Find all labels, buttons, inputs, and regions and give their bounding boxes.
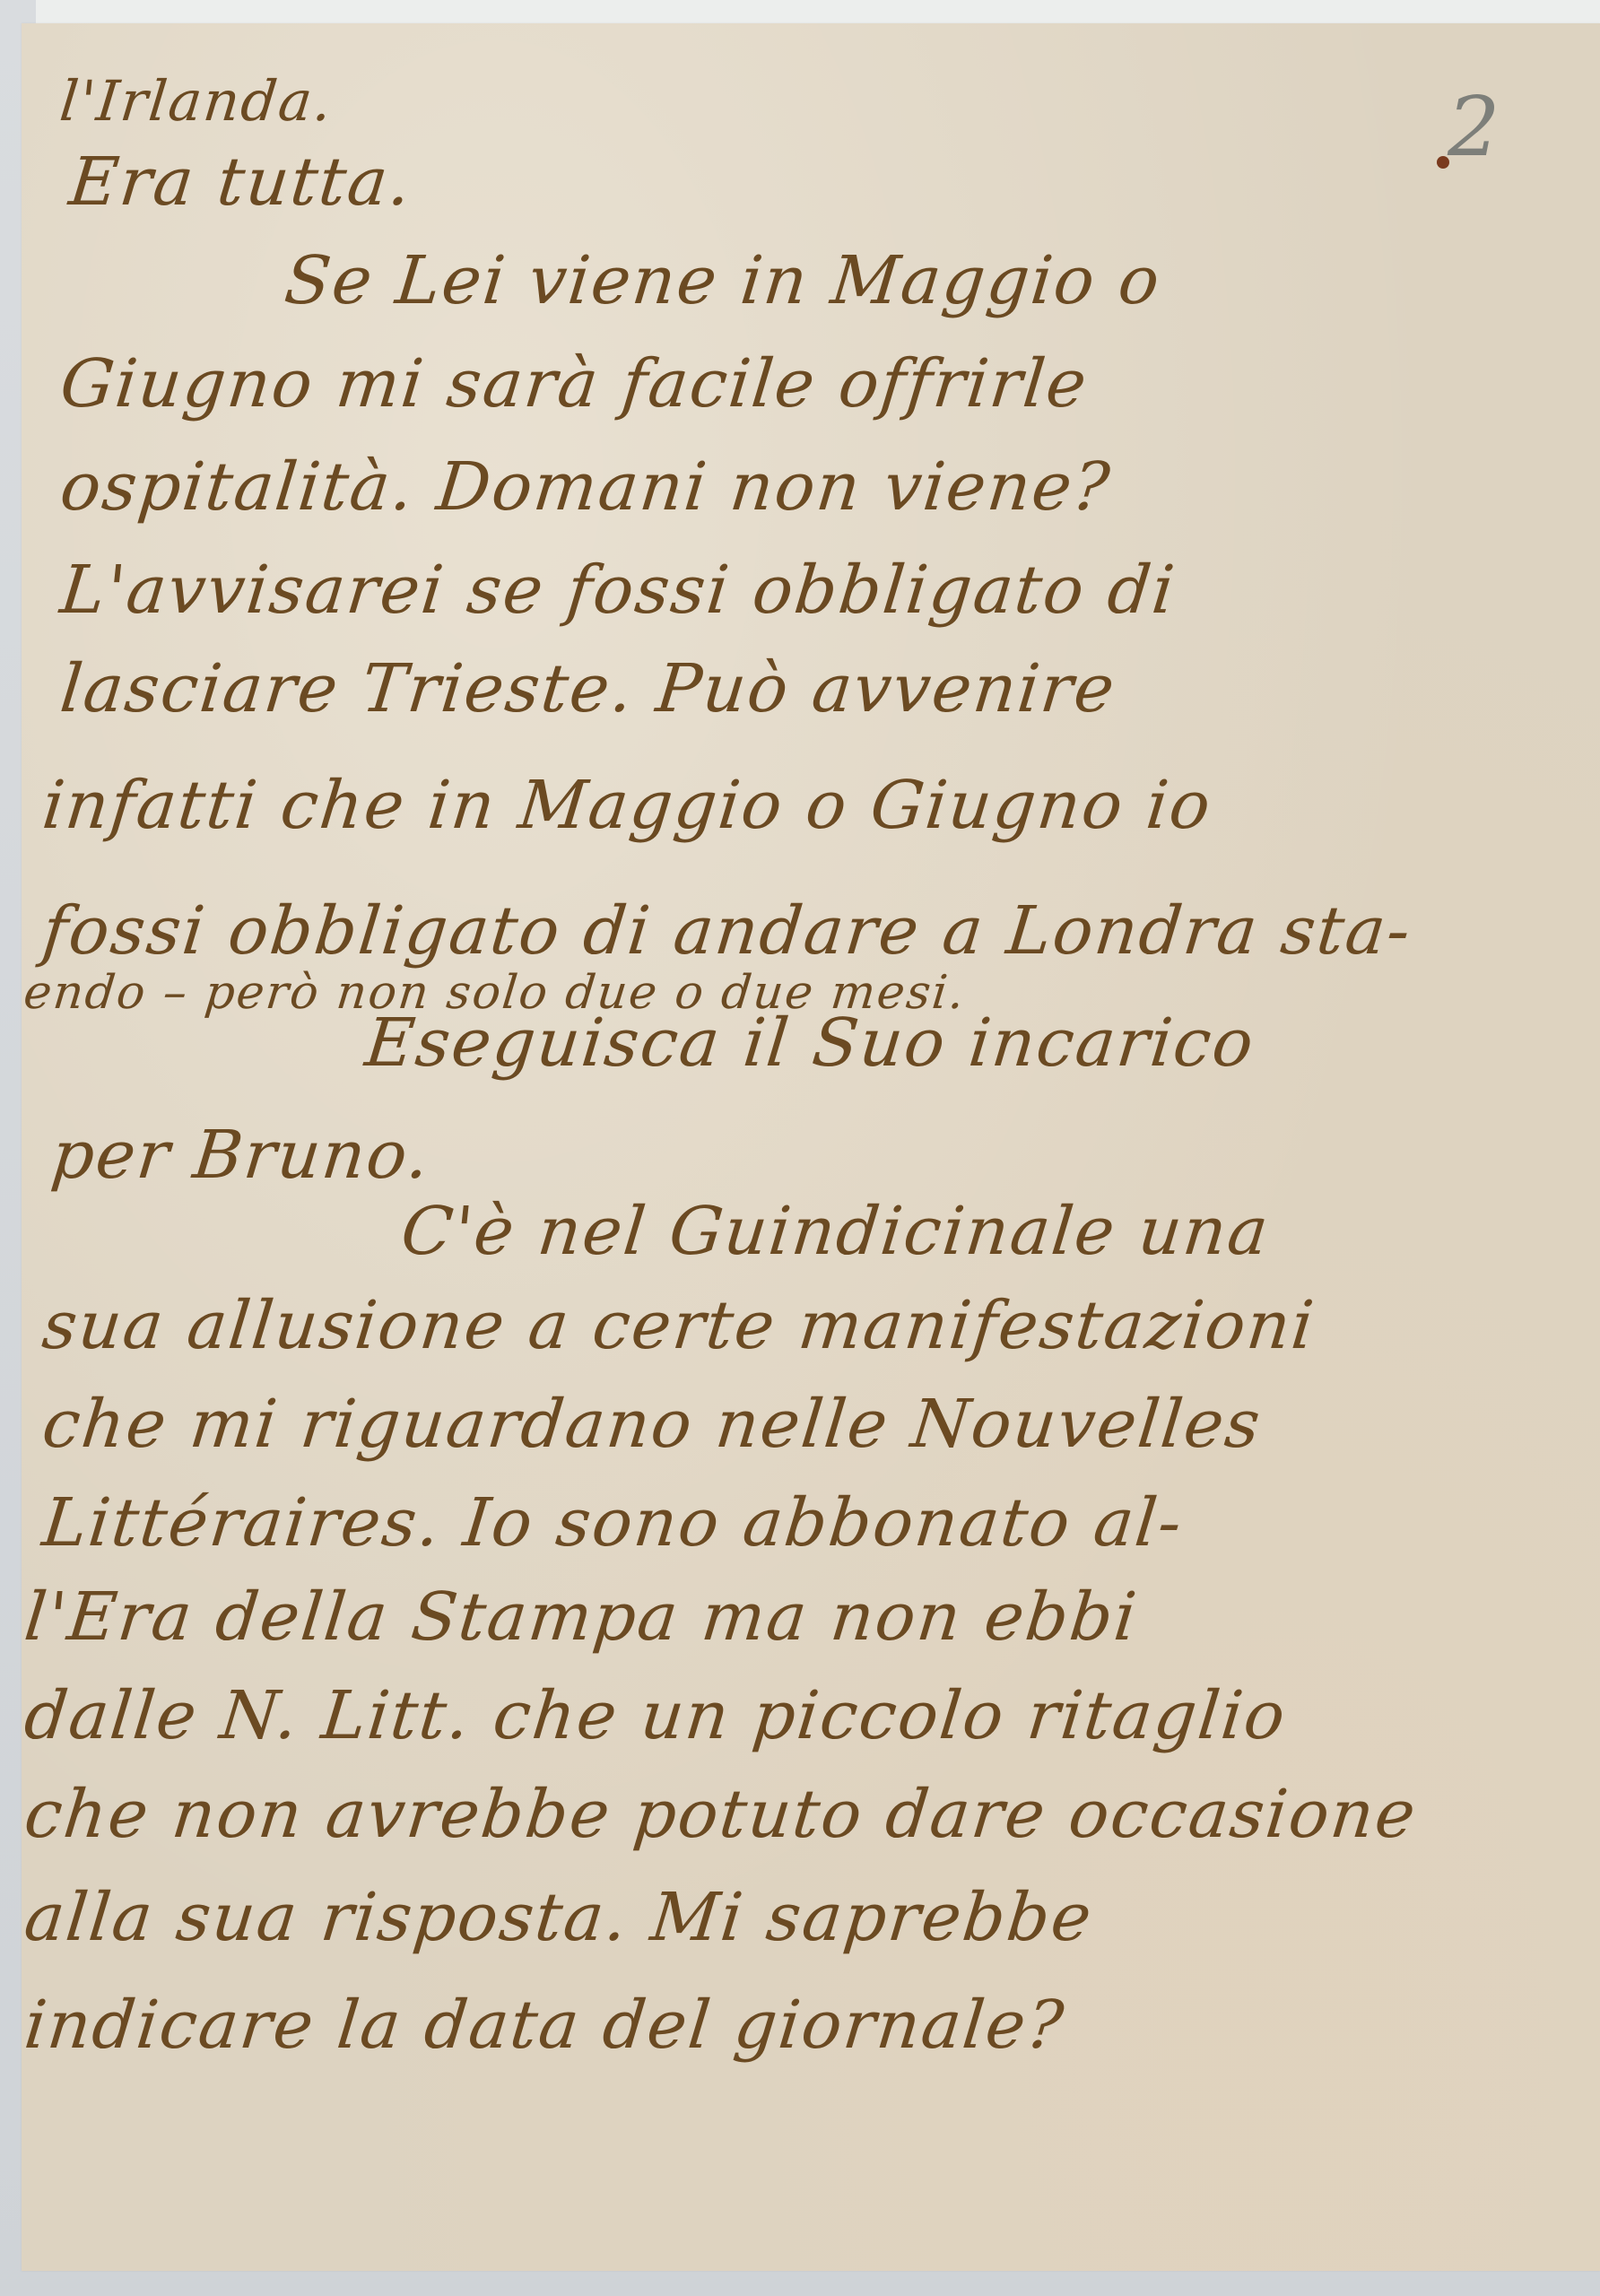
handwritten-line: sua allusione a certe manifestazioni <box>39 1292 1318 1359</box>
handwritten-line: lasciare Trieste. Può avvenire <box>57 656 1119 722</box>
handwritten-line: Era tutta. <box>66 149 415 215</box>
handwritten-line: l'Era della Stampa ma non ebbi <box>22 1584 1141 1650</box>
handwritten-line: ospitalità. Domani non viene? <box>57 454 1114 520</box>
page-number: 2 <box>1448 86 1500 169</box>
handwritten-line: per Bruno. <box>48 1122 434 1188</box>
handwritten-line: che non avrebbe potuto dare occasione <box>22 1781 1420 1848</box>
handwritten-line: che mi riguardano nelle Nouvelles <box>39 1391 1265 1457</box>
handwritten-line: C'è nel Guindicinale una <box>398 1198 1273 1265</box>
handwritten-line: indicare la data del giornale? <box>22 1992 1068 2058</box>
handwritten-line: Littéraires. Io sono abbonato al- <box>39 1490 1187 1556</box>
mat-border <box>36 0 1600 23</box>
handwritten-line: Se Lei viene in Maggio o <box>282 248 1164 314</box>
handwritten-line: L'avvisarei se fossi obbligato di <box>57 557 1178 623</box>
handwritten-line: l'Irlanda. <box>57 74 336 129</box>
handwritten-line: Eseguisca il Suo incarico <box>362 1010 1258 1076</box>
handwritten-line: alla sua risposta. Mi saprebbe <box>22 1884 1096 1951</box>
handwritten-line: dalle N. Litt. che un piccolo ritaglio <box>22 1683 1290 1749</box>
handwritten-line: infatti che in Maggio o Giugno io <box>39 772 1215 839</box>
handwritten-line: Giugno mi sarà facile offrirle <box>57 351 1091 417</box>
letter-page: 2 l'Irlanda. Era tutta. Se Lei viene in … <box>22 23 1600 2271</box>
handwritten-line: fossi obbligato di andare a Londra sta- <box>39 898 1415 964</box>
